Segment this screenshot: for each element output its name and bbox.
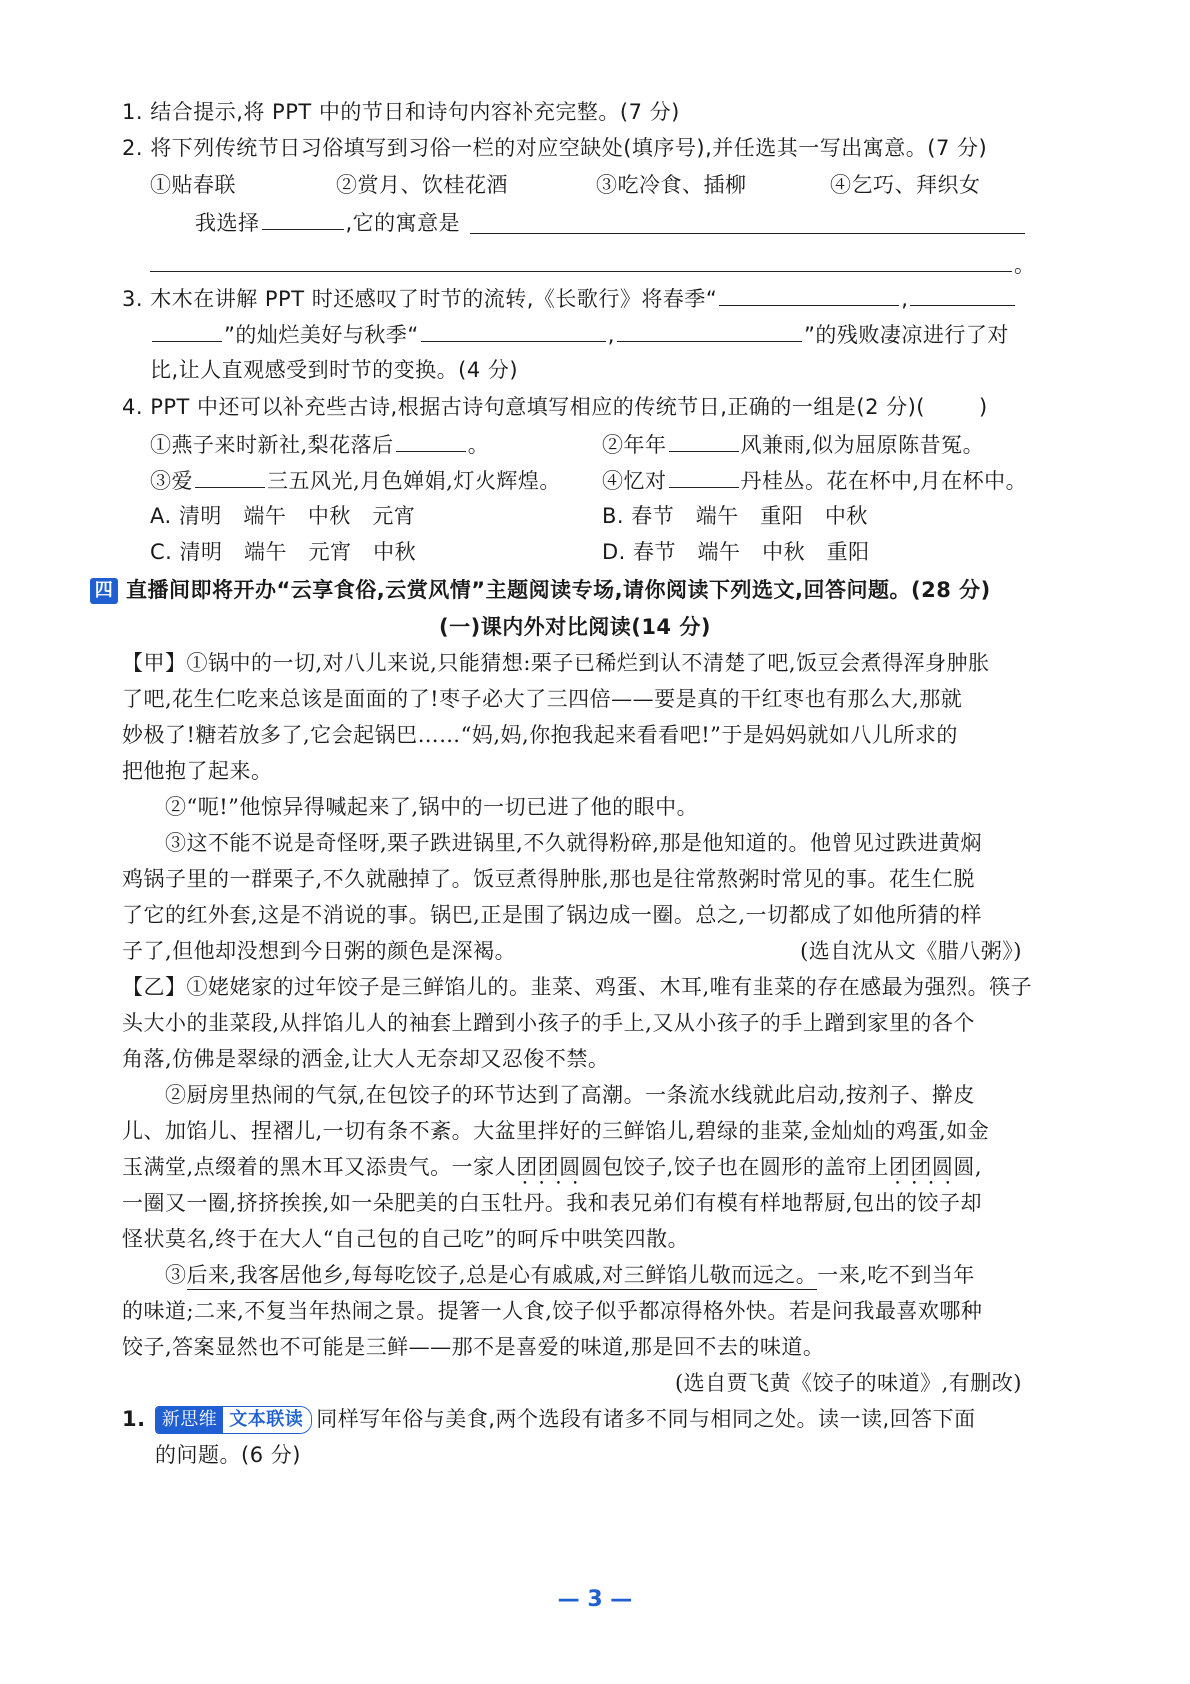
q3-text-end: ”的残败凄凉进行了对 [804, 323, 1009, 347]
q2-choice-blank[interactable] [262, 207, 344, 230]
q4-close: ) [979, 395, 988, 419]
q2-option-4: ④乞巧、拜织女 [830, 170, 981, 200]
tag-new-thinking: 新思维 [156, 1407, 224, 1433]
q3-comma-2: , [608, 323, 615, 347]
q3-blank-1[interactable] [719, 283, 899, 306]
section-4-subtitle: (一)课内外对比阅读(14 分) [0, 612, 1150, 642]
q4-poem-3: ③爱三五风光,月色婵娟,灯火辉煌。 [150, 465, 561, 496]
passage-jia-line: 把他抱了起来。 [122, 756, 273, 786]
passage-yi-line: 儿、加馅儿、捏褶儿,一切有条不紊。大盆里拌好的三鲜馅儿,碧绿的韭菜,金灿灿的鸡蛋… [122, 1116, 989, 1146]
passage-jia-line: 鸡锅子里的一群栗子,不久就融掉了。饭豆煮得肿胀,那也是往常熬粥时常见的事。花生仁… [122, 864, 975, 894]
poem-2-pre: ②年年 [602, 433, 667, 457]
poem-3-blank[interactable] [195, 465, 265, 488]
question-3-line-2: ”的灿烂美好与秋季“,”的残败凄凉进行了对 [150, 319, 1009, 350]
q4-poem-4: ④忆对丹桂丛。花在杯中,月在杯中。 [602, 465, 1027, 496]
question-text: 同样写年俗与美食,两个选段有诸多不同与相同之处。读一读,回答下面 [316, 1407, 975, 1431]
passage-yi-line: ②厨房里热闹的气氛,在包饺子的环节达到了高潮。一条流水线就此启动,按剂子、擀皮 [165, 1080, 975, 1110]
yi-text: , [975, 1155, 982, 1179]
q4-poem-2: ②年年风兼雨,似为屈原陈昔冤。 [602, 429, 984, 460]
passage-jia-line: 了吧,花生仁吃来总该是面面的了!枣子必大了三四倍——要是真的干红枣也有那么大,那… [122, 684, 962, 714]
poem-2-post: 风兼雨,似为屈原陈昔冤。 [741, 433, 985, 457]
poem-4-post: 丹桂丛。花在杯中,月在杯中。 [741, 469, 1028, 493]
poem-3-post: 三五风光,月色婵娟,灯火辉煌。 [267, 469, 561, 493]
poem-1-pre: ①燕子来时新社,梨花落后 [150, 433, 394, 457]
q2-option-3: ③吃冷食、插柳 [596, 170, 747, 200]
paragraph-number: ③ [165, 1263, 187, 1287]
passage-yi-line: 【乙】①姥姥家的过年饺子是三鲜馅儿的。韭菜、鸡蛋、木耳,唯有韭菜的存在感最为强烈… [122, 972, 1032, 1002]
passage-yi-line: 饺子,答案显然也不可能是三鲜——那不是喜爱的味道,那是回不去的味道。 [122, 1332, 824, 1362]
passage-jia-line: 【甲】①锅中的一切,对八儿来说,只能猜想:栗子已稀烂到认不清楚了吧,饭豆会煮得浑… [122, 648, 990, 678]
q2-option-1: ①贴春联 [150, 170, 236, 200]
passage-yi-line: 怪状莫名,终于在大人“自己包的自己吃”的呵斥中哄笑四散。 [122, 1224, 689, 1254]
passage-yi-paragraph-3: ③后来,我客居他乡,每每吃饺子,总是心有戚戚,对三鲜馅儿敬而远之。一来,吃不到当… [165, 1260, 975, 1290]
section-4-question-1-cont: 的问题。(6 分) [155, 1440, 301, 1470]
question-tag: 新思维文本联读 [155, 1406, 313, 1434]
q2-answer-mid: ,它的寓意是 [346, 211, 461, 235]
exam-page: 1. 结合提示,将 PPT 中的节日和诗句内容补充完整。(7 分) 2. 将下列… [0, 0, 1190, 1684]
passage-jia-line: 子了,但他却没想到今日粥的颜色是深褐。 [122, 936, 516, 966]
passage-jia-line: 妙极了!糖若放多了,它会起锅巴……“妈,妈,你抱我起来看看吧!”于是妈妈就如八儿… [122, 720, 958, 750]
emphasized-word-2: 团团圆圆 [889, 1155, 975, 1179]
section-4-title: 直播间即将开办“云享食俗,云赏风情”主题阅读专场,请你阅读下列选文,回答问题。(… [126, 578, 991, 602]
q3-comma: , [901, 287, 908, 311]
q3-text-start: 3. 木木在讲解 PPT 时还感叹了时节的流转,《长歌行》将春季“ [122, 287, 717, 311]
question-3-line-3: 比,让人直观感受到时节的变换。(4 分) [150, 355, 518, 385]
passage-jia-line: 了它的红外套,这是不消说的事。锅巴,正是围了锅边成一圈。总之,一切都成了如他所猜… [122, 900, 982, 930]
question-4: 4. PPT 中还可以补充些古诗,根据古诗句意填写相应的传统节日,正确的一组是(… [122, 392, 988, 422]
q4-choice-b[interactable]: B. 春节 端午 重阳 中秋 [602, 501, 868, 531]
q4-poem-1: ①燕子来时新社,梨花落后。 [150, 429, 489, 460]
q3-blank-2a[interactable] [910, 283, 1015, 306]
poem-4-pre: ④忆对 [602, 469, 667, 493]
q2-answer-prefix: 我选择 [195, 211, 260, 235]
passage-yi-source: (选自贾飞黄《饺子的味道》,有删改) [560, 1368, 1022, 1398]
q3-blank-3[interactable] [421, 319, 606, 342]
q2-meaning-blank-2[interactable] [150, 271, 1012, 272]
poem-1-post: 。 [468, 433, 490, 457]
passage-yi-line: 的味道;二来,不复当年热闹之景。提箸一人食,饺子似乎都凉得格外快。若是问我最喜欢… [122, 1296, 982, 1326]
page-number: — 3 — [0, 1587, 1190, 1612]
passage-yi-line: 一圈又一圈,挤挤挨挨,如一朵肥美的白玉牡丹。我和表兄弟们有模有样地帮厨,包出的饺… [122, 1188, 982, 1218]
passage-jia-line: ②“呃!”他惊异得喊起来了,锅中的一切已进了他的眼中。 [165, 792, 698, 822]
q3-blank-2b[interactable] [152, 319, 222, 342]
section-number-badge: 四 [90, 578, 118, 604]
poem-4-blank[interactable] [669, 465, 739, 488]
q4-text: 4. PPT 中还可以补充些古诗,根据古诗句意填写相应的传统节日,正确的一组是(… [122, 395, 925, 419]
poem-3-pre: ③爱 [150, 469, 193, 493]
question-3-line-1: 3. 木木在讲解 PPT 时还感叹了时节的流转,《长歌行》将春季“, [122, 283, 1017, 314]
question-2: 2. 将下列传统节日习俗填写到习俗一栏的对应空缺处(填序号),并任选其一写出寓意… [122, 133, 987, 163]
passage-yi-line: 角落,仿佛是翠绿的洒金,让大人无奈却又忍俊不禁。 [122, 1044, 609, 1074]
q4-choice-a[interactable]: A. 清明 端午 中秋 元宵 [150, 501, 415, 531]
passage-jia-source: (选自沈从文《腊八粥》) [700, 936, 1022, 966]
emphasized-word-1: 团团圆圆 [516, 1155, 602, 1179]
q2-answer-row: 我选择,它的寓意是 [195, 207, 460, 238]
passage-yi-line-emphasis: 玉满堂,点缀着的黑木耳又添贵气。一家人团团圆圆包饺子,饺子也在圆形的盖帘上团团圆… [122, 1152, 982, 1182]
section-4-question-1: 1. 新思维文本联读同样写年俗与美食,两个选段有诸多不同与相同之处。读一读,回答… [122, 1404, 976, 1434]
q4-choice-d[interactable]: D. 春节 端午 中秋 重阳 [602, 537, 870, 567]
yi-text: 玉满堂,点缀着的黑木耳又添贵气。一家人 [122, 1155, 516, 1179]
question-number: 1. [122, 1407, 146, 1431]
q2-option-2: ②赏月、饮桂花酒 [336, 170, 508, 200]
q3-blank-4[interactable] [617, 319, 802, 342]
passage-yi-line: 头大小的韭菜段,从拌馅儿人的袖套上蹭到小孩子的手上,又从小孩子的手上蹭到家里的各… [122, 1008, 975, 1038]
question-1: 1. 结合提示,将 PPT 中的节日和诗句内容补充完整。(7 分) [122, 97, 680, 127]
yi-text: 包饺子,饺子也在圆形的盖帘上 [602, 1155, 889, 1179]
poem-2-blank[interactable] [669, 429, 739, 452]
q2-meaning-blank-1[interactable] [470, 233, 1025, 234]
passage-jia-line: ③这不能不说是奇怪呀,栗子跌进锅里,不久就得粉碎,那是他知道的。他曾见过跌进黄焖 [165, 828, 982, 858]
tag-text-linking: 文本联读 [223, 1407, 311, 1433]
poem-1-blank[interactable] [396, 429, 466, 452]
q3-text-mid: ”的灿烂美好与秋季“ [224, 323, 419, 347]
section-4-header: 四直播间即将开办“云享食俗,云赏风情”主题阅读专场,请你阅读下列选文,回答问题。… [90, 575, 991, 605]
yi-text: 一来,吃不到当年 [817, 1263, 975, 1287]
underlined-sentence: 后来,我客居他乡,每每吃饺子,总是心有戚戚,对三鲜馅儿敬而远之。 [187, 1263, 818, 1290]
q2-end-period: 。 [1014, 250, 1036, 280]
q4-choice-c[interactable]: C. 清明 端午 元宵 中秋 [150, 537, 416, 567]
